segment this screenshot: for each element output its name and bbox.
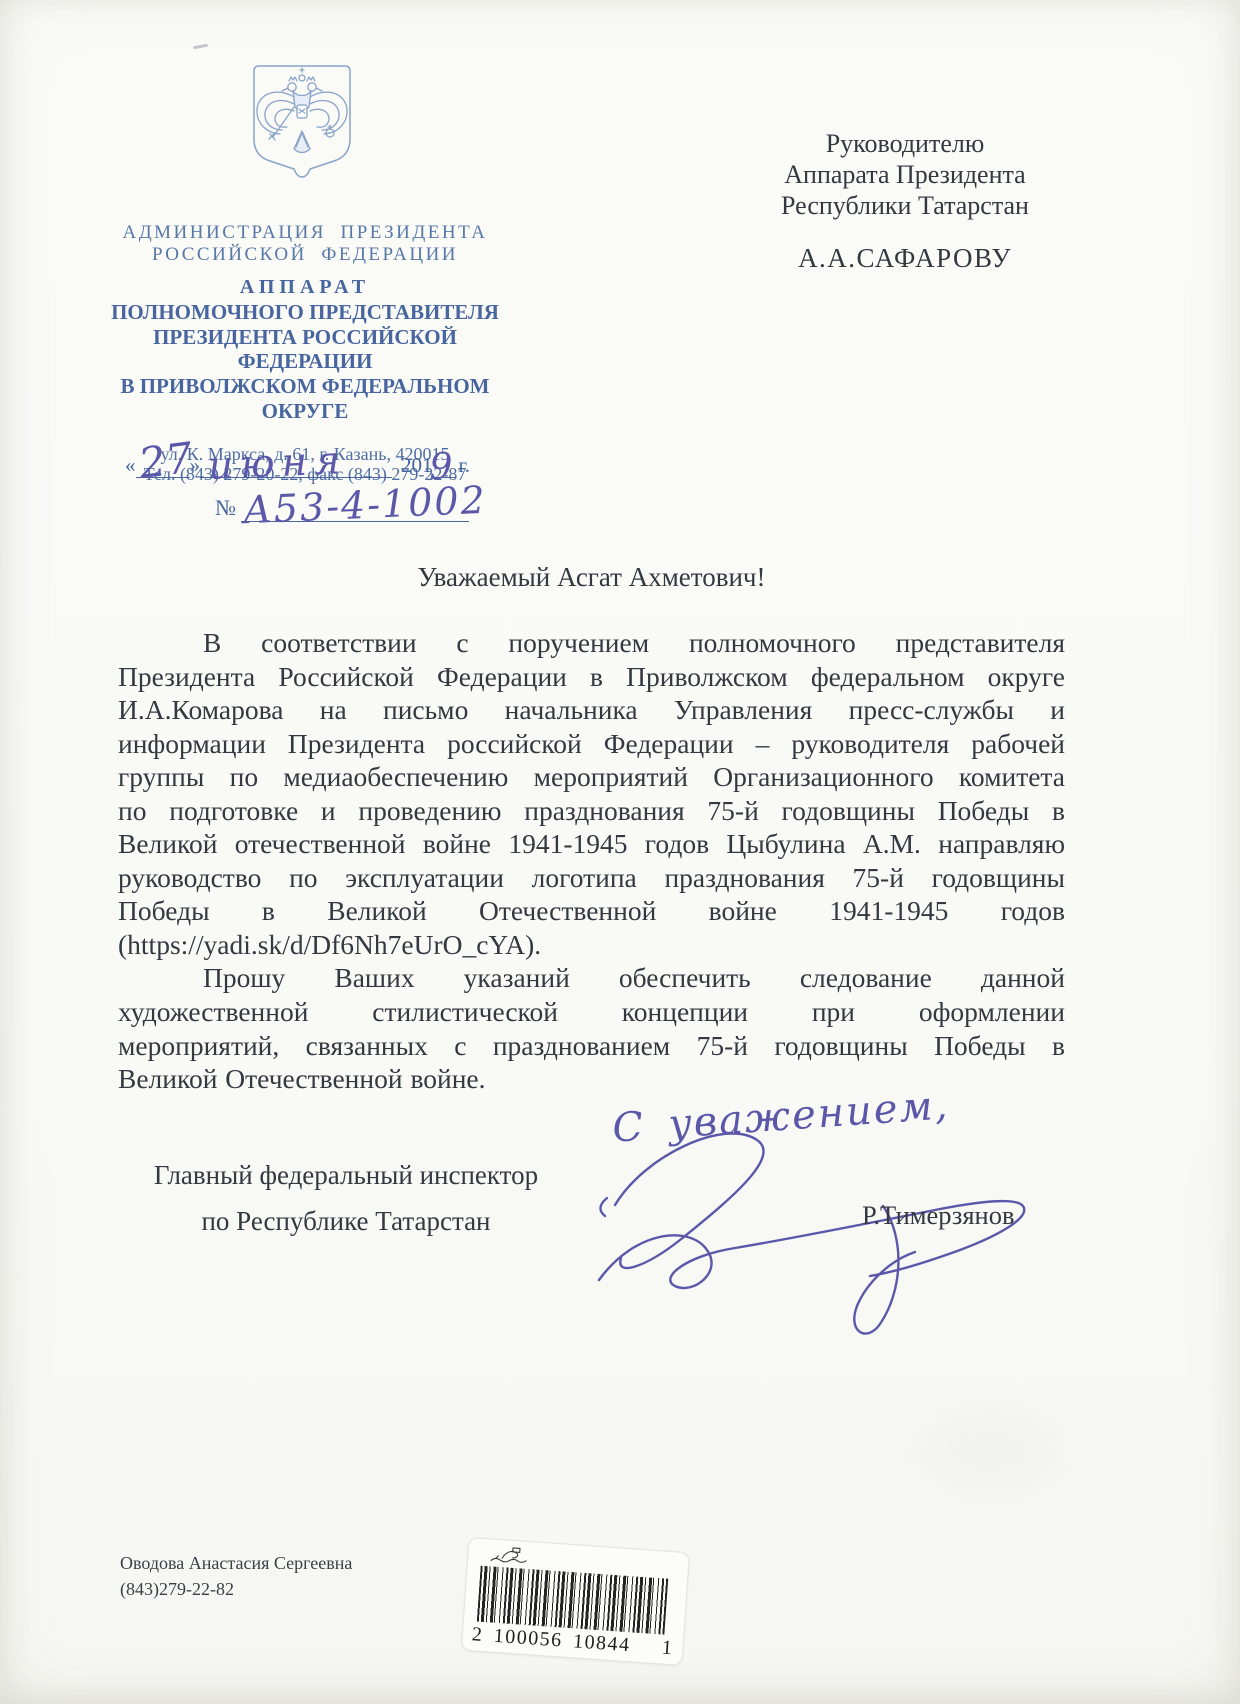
handwritten-day: 27 [136, 437, 194, 485]
body-line: В соответствии с поручением полномочного… [118, 626, 1065, 660]
body-line: И.А.Комарова на письмо начальника Управл… [118, 693, 1065, 727]
body-line: информации Президента российской Федерац… [118, 727, 1065, 761]
handwritten-month: июня [207, 441, 348, 486]
executor-name: Оводова Анастасия Сергеевна [120, 1550, 352, 1576]
scan-smudge [880, 1380, 1100, 1520]
signer-name: Р.Тимерзянов [862, 1200, 1014, 1231]
executor-phone: (843)279-22-82 [120, 1576, 352, 1602]
barcode-sticker: 2 100056 10844 1 [461, 1537, 690, 1666]
salutation: Уважаемый Асгат Ахметович! [118, 562, 1065, 593]
recipient-name: А.А.САФАРОВУ [690, 243, 1120, 274]
body-line: Победы в Великой Отечественной войне 194… [118, 894, 1065, 928]
body-line: по подготовке и проведению празднования … [118, 794, 1065, 828]
recipient-block: Руководителю Аппарата Президента Республ… [690, 128, 1120, 274]
open-quote: « [125, 452, 136, 478]
signer-title-line1: Главный федеральный инспектор [126, 1160, 566, 1191]
dept-line3: ПРЕЗИДЕНТА РОССИЙСКОЙ ФЕДЕРАЦИИ [85, 325, 525, 374]
body-line: мероприятий, связанных с празднованием 7… [118, 1029, 1065, 1063]
number-blank: А53-4-1002 [241, 495, 469, 522]
scanned-letter-page: АДМИНИСТРАЦИЯ ПРЕЗИДЕНТА РОССИЙСКОЙ ФЕДЕ… [0, 0, 1240, 1704]
recipient-line2: Аппарата Президента [690, 159, 1120, 190]
handwritten-number: А53-4-1002 [242, 481, 487, 530]
executor-contact: Оводова Анастасия Сергеевна (843)279-22-… [120, 1550, 352, 1602]
signer-title: Главный федеральный инспектор по Республ… [126, 1160, 566, 1237]
recipient-line3: Республики Татарстан [690, 190, 1120, 221]
signer-title-line2: по Республике Татарстан [126, 1206, 566, 1237]
pen-mark [193, 44, 208, 50]
org-name-line1: АДМИНИСТРАЦИЯ ПРЕЗИДЕНТА [85, 222, 525, 244]
body-line: Прошу Ваших указаний обеспечить следован… [118, 961, 1065, 995]
date-day-blank: 27 [136, 451, 190, 478]
postal-eagle-icon [488, 1544, 533, 1567]
body-line: художественной стилистической концепции … [118, 995, 1065, 1029]
dept-line2: ПОЛНОМОЧНОГО ПРЕДСТАВИТЕЛЯ [85, 300, 525, 325]
body-line: руководство по эксплуатации логотипа пра… [118, 861, 1065, 895]
body-line: Президента Российской Федерации в Привол… [118, 660, 1065, 694]
recipient-line1: Руководителю [690, 128, 1120, 159]
date-year-blank: 9 [433, 451, 456, 478]
org-name-line2: РОССИЙСКОЙ ФЕДЕРАЦИИ [85, 244, 525, 266]
letter-body: В соответствии с поручением полномочного… [118, 626, 1065, 1096]
body-line: Великой отечественной войне 1941-1945 го… [118, 827, 1065, 861]
date-line: « 27 » июня 201 9 г. [125, 450, 470, 478]
year-suffix: г. [459, 452, 471, 478]
russia-coat-of-arms-icon [249, 63, 355, 185]
printed-year: 201 [401, 452, 433, 478]
number-line: № А53-4-1002 [215, 492, 469, 522]
date-month-blank: июня [200, 451, 392, 478]
barcode-bars [477, 1566, 668, 1635]
dept-line1: АППАРАТ [85, 275, 525, 300]
body-line: (https://yadi.sk/d/Df6Nh7eUrO_cYA). [118, 928, 1065, 962]
double-headed-eagle [257, 68, 347, 153]
dept-line4: В ПРИВОЛЖСКОМ ФЕДЕРАЛЬНОМ ОКРУГЕ [85, 374, 525, 423]
body-line: группы по медиаобеспечению мероприятий О… [118, 760, 1065, 794]
number-sign: № [215, 494, 236, 522]
